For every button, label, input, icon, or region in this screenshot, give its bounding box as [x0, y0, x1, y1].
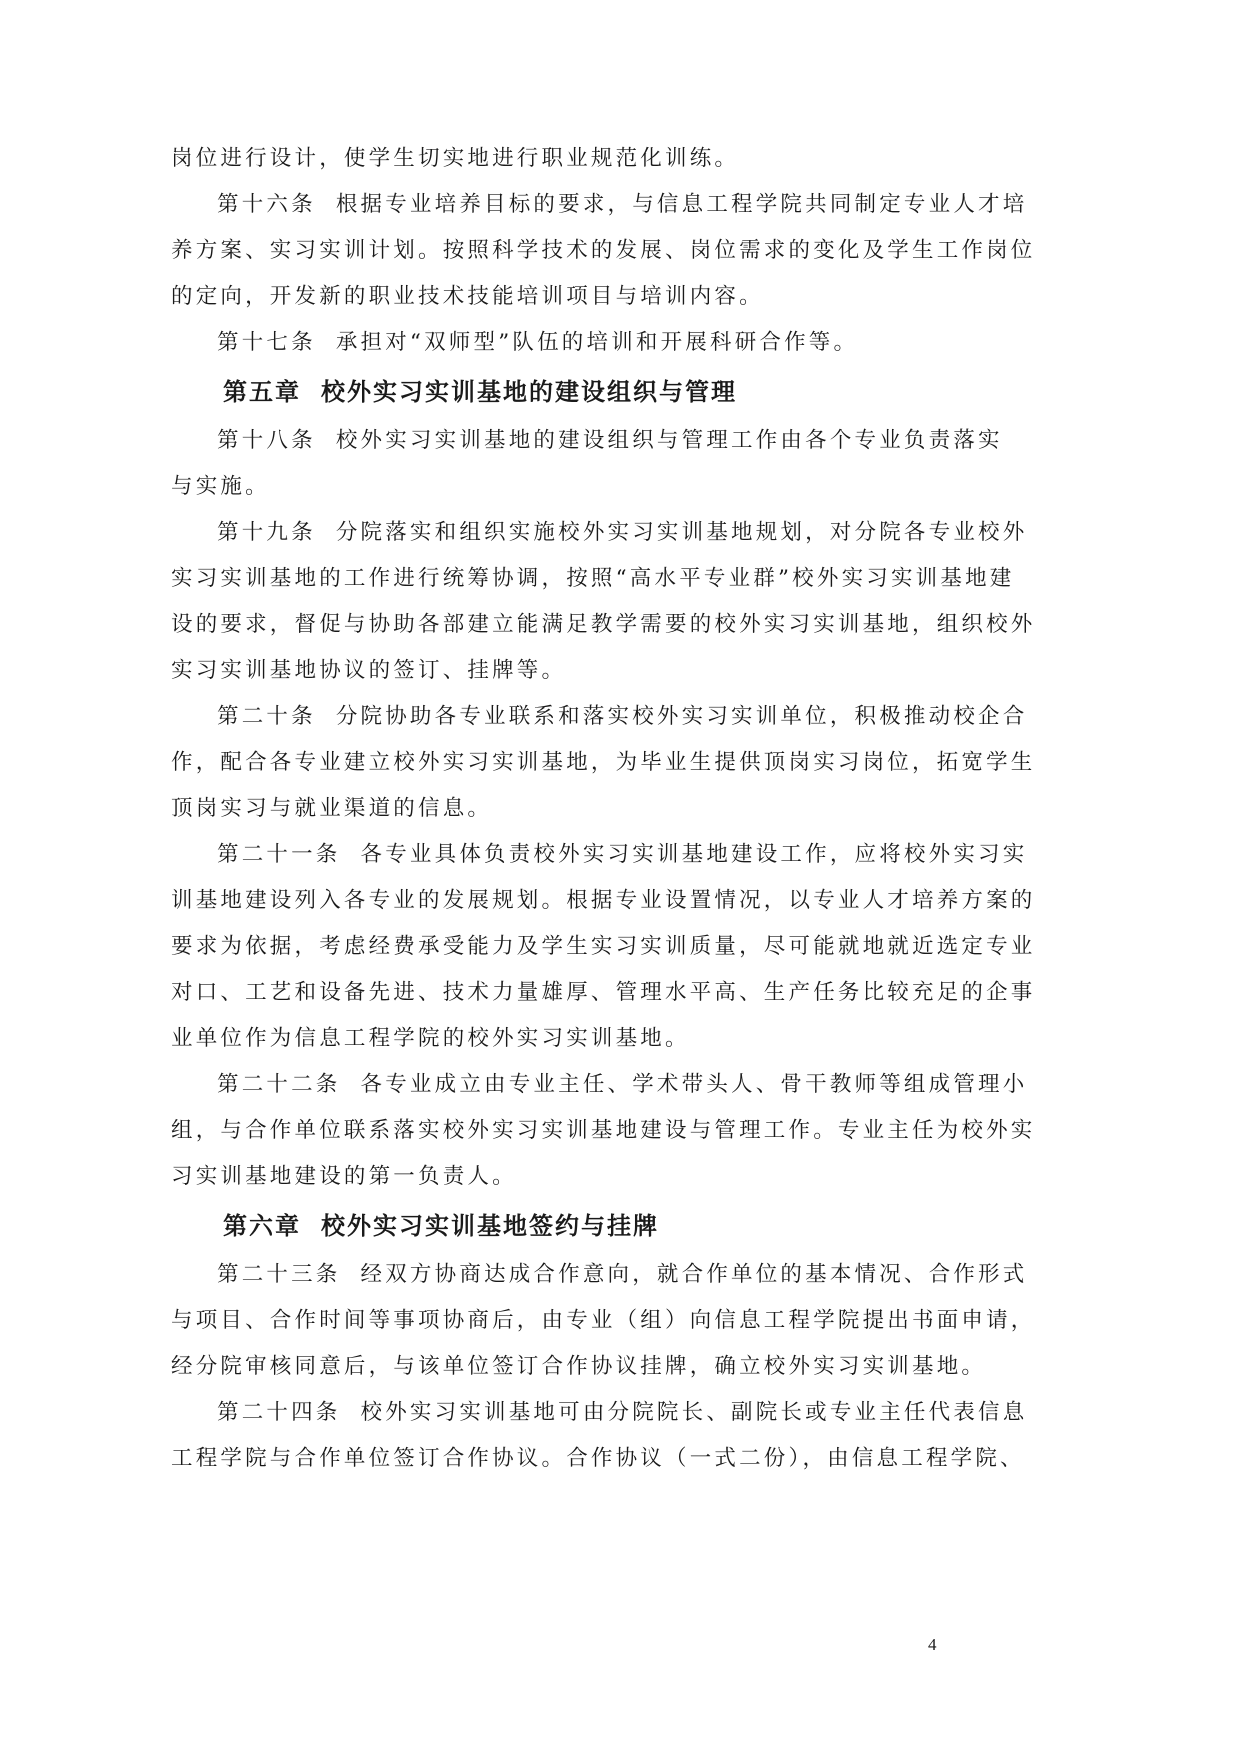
- line-text: 承担对“双师型”队伍的培训和开展科研合作等。: [336, 330, 858, 355]
- paragraph-line: 要求为依据，考虑经费承受能力及学生实习实训质量，尽可能就地就近选定专业: [171, 924, 941, 970]
- line-text: 实习实训基地的工作进行统筹协调，按照“高水平专业群”校外实习实训基地建: [171, 566, 1015, 591]
- article-22: 第二十二条各专业成立由专业主任、学术带头人、骨干教师等组成管理小: [171, 1062, 941, 1108]
- article-23: 第二十三条经双方协商达成合作意向，就合作单位的基本情况、合作形式: [171, 1252, 941, 1298]
- line-text: 根据专业培养目标的要求，与信息工程学院共同制定专业人才培: [336, 192, 1028, 217]
- article-21: 第二十一条各专业具体负责校外实习实训基地建设工作，应将校外实习实: [171, 832, 941, 878]
- paragraph-line: 实习实训基地的工作进行统筹协调，按照“高水平专业群”校外实习实训基地建: [171, 556, 941, 602]
- article-label: 第二十一条: [217, 842, 341, 867]
- article-label: 第二十条: [217, 704, 316, 729]
- line-text: 经双方协商达成合作意向，就合作单位的基本情况、合作形式: [361, 1262, 1028, 1287]
- article-19: 第十九条分院落实和组织实施校外实习实训基地规划，对分院各专业校外: [171, 510, 941, 556]
- line-text: 训基地建设列入各专业的发展规划。根据专业设置情况，以专业人才培养方案的: [171, 888, 1036, 913]
- line-text: 工程学院与合作单位签订合作协议。合作协议（一式二份），由信息工程学院、: [171, 1446, 1025, 1471]
- paragraph-line: 业单位作为信息工程学院的校外实习实训基地。: [171, 1016, 941, 1062]
- paragraph-line: 养方案、实习实训计划。按照科学技术的发展、岗位需求的变化及学生工作岗位: [171, 228, 941, 274]
- paragraph-line: 设的要求，督促与协助各部建立能满足教学需要的校外实习实训基地，组织校外: [171, 602, 941, 648]
- line-text: 组，与合作单位联系落实校外实习实训基地建设与管理工作。专业主任为校外实: [171, 1118, 1036, 1143]
- chapter-title: 校外实习实训基地的建设组织与管理: [321, 378, 737, 406]
- line-text: 岗位进行设计，使学生切实地进行职业规范化训练。: [171, 146, 739, 171]
- line-text: 要求为依据，考虑经费承受能力及学生实习实训质量，尽可能就地就近选定专业: [171, 934, 1036, 959]
- line-text: 分院落实和组织实施校外实习实训基地规划，对分院各专业校外: [336, 520, 1028, 545]
- document-body: 岗位进行设计，使学生切实地进行职业规范化训练。 第十六条根据专业培养目标的要求，…: [171, 136, 941, 1482]
- line-text: 的定向，开发新的职业技术技能培训项目与培训内容。: [171, 284, 764, 309]
- line-text: 设的要求，督促与协助各部建立能满足教学需要的校外实习实训基地，组织校外: [171, 612, 1036, 637]
- page-number: 4: [928, 1635, 937, 1655]
- article-20: 第二十条分院协助各专业联系和落实校外实习实训单位，积极推动校企合: [171, 694, 941, 740]
- article-label: 第十七条: [217, 330, 316, 355]
- paragraph-line: 与实施。: [171, 464, 941, 510]
- line-text: 各专业具体负责校外实习实训基地建设工作，应将校外实习实: [361, 842, 1028, 867]
- paragraph-line: 组，与合作单位联系落实校外实习实训基地建设与管理工作。专业主任为校外实: [171, 1108, 941, 1154]
- article-24: 第二十四条校外实习实训基地可由分院院长、副院长或专业主任代表信息: [171, 1390, 941, 1436]
- paragraph-line: 的定向，开发新的职业技术技能培训项目与培训内容。: [171, 274, 941, 320]
- paragraph-line: 顶岗实习与就业渠道的信息。: [171, 786, 941, 832]
- chapter-5-heading: 第五章校外实习实训基地的建设组织与管理: [171, 366, 941, 418]
- chapter-label: 第五章: [223, 378, 301, 406]
- paragraph-line: 经分院审核同意后，与该单位签订合作协议挂牌，确立校外实习实训基地。: [171, 1344, 941, 1390]
- line-text: 顶岗实习与就业渠道的信息。: [171, 796, 492, 821]
- article-16: 第十六条根据专业培养目标的要求，与信息工程学院共同制定专业人才培: [171, 182, 941, 228]
- paragraph-line: 训基地建设列入各专业的发展规划。根据专业设置情况，以专业人才培养方案的: [171, 878, 941, 924]
- line-text: 各专业成立由专业主任、学术带头人、骨干教师等组成管理小: [361, 1072, 1028, 1097]
- line-text: 校外实习实训基地可由分院院长、副院长或专业主任代表信息: [361, 1400, 1028, 1425]
- paragraph-line: 岗位进行设计，使学生切实地进行职业规范化训练。: [171, 136, 941, 182]
- paragraph-line: 与项目、合作时间等事项协商后，由专业（组）向信息工程学院提出书面申请，: [171, 1298, 941, 1344]
- line-text: 养方案、实习实训计划。按照科学技术的发展、岗位需求的变化及学生工作岗位: [171, 238, 1036, 263]
- paragraph-line: 工程学院与合作单位签订合作协议。合作协议（一式二份），由信息工程学院、: [171, 1436, 941, 1482]
- paragraph-line: 对口、工艺和设备先进、技术力量雄厚、管理水平高、生产任务比较充足的企事: [171, 970, 941, 1016]
- line-text: 经分院审核同意后，与该单位签订合作协议挂牌，确立校外实习实训基地。: [171, 1354, 986, 1379]
- paragraph-line: 作，配合各专业建立校外实习实训基地，为毕业生提供顶岗实习岗位，拓宽学生: [171, 740, 941, 786]
- article-label: 第二十四条: [217, 1400, 341, 1425]
- chapter-6-heading: 第六章校外实习实训基地签约与挂牌: [171, 1200, 941, 1252]
- article-17: 第十七条承担对“双师型”队伍的培训和开展科研合作等。: [171, 320, 941, 366]
- article-label: 第十八条: [217, 428, 316, 453]
- line-text: 分院协助各专业联系和落实校外实习实训单位，积极推动校企合: [336, 704, 1028, 729]
- article-label: 第十九条: [217, 520, 316, 545]
- article-18: 第十八条校外实习实训基地的建设组织与管理工作由各个专业负责落实: [171, 418, 941, 464]
- article-label: 第二十三条: [217, 1262, 341, 1287]
- line-text: 校外实习实训基地的建设组织与管理工作由各个专业负责落实: [336, 428, 1003, 453]
- chapter-title: 校外实习实训基地签约与挂牌: [321, 1212, 659, 1240]
- article-label: 第二十二条: [217, 1072, 341, 1097]
- line-text: 习实训基地建设的第一负责人。: [171, 1164, 517, 1189]
- line-text: 实习实训基地协议的签订、挂牌等。: [171, 658, 566, 683]
- paragraph-line: 实习实训基地协议的签订、挂牌等。: [171, 648, 941, 694]
- document-page: 岗位进行设计，使学生切实地进行职业规范化训练。 第十六条根据专业培养目标的要求，…: [0, 0, 1240, 1753]
- line-text: 对口、工艺和设备先进、技术力量雄厚、管理水平高、生产任务比较充足的企事: [171, 980, 1036, 1005]
- line-text: 与实施。: [171, 474, 270, 499]
- line-text: 业单位作为信息工程学院的校外实习实训基地。: [171, 1026, 690, 1051]
- line-text: 作，配合各专业建立校外实习实训基地，为毕业生提供顶岗实习岗位，拓宽学生: [171, 750, 1036, 775]
- line-text: 与项目、合作时间等事项协商后，由专业（组）向信息工程学院提出书面申请，: [171, 1308, 1036, 1333]
- paragraph-line: 习实训基地建设的第一负责人。: [171, 1154, 941, 1200]
- chapter-label: 第六章: [223, 1212, 301, 1240]
- article-label: 第十六条: [217, 192, 316, 217]
